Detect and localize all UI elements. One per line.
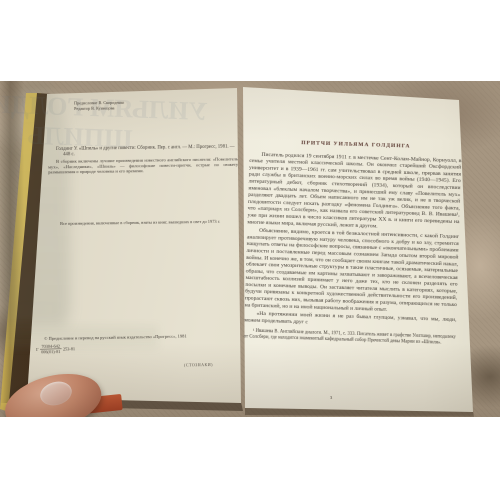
book-photo: УИЛЬЯМ ГОЛДИНГ ШПИЛЬ Предисловие В. Скор…: [0, 81, 500, 417]
catalog-prefix: Г: [36, 347, 39, 352]
letterbox-bottom: [0, 417, 500, 500]
credit-lines: Предисловие В. Скороденко Редактор В. Ку…: [74, 100, 154, 112]
catalog-fraction: 70304-642 006(01)-81: [40, 344, 62, 355]
preface-text-block: ПРИТЧИ УИЛЬЯМА ГОЛДИНГА Писатель родился…: [244, 138, 462, 346]
catalog-code: Г 70304-642 006(01)-81 253-81: [36, 343, 75, 354]
stamp: (СТОЗНАКИ): [184, 362, 213, 367]
catalog-suffix: 253-81: [63, 346, 75, 351]
letterbox-top: [0, 0, 500, 81]
show-through-spire: [0, 81, 70, 326]
annotation: В сборник включены лучшие произведения и…: [48, 156, 238, 175]
credit-line-editor: Редактор В. Кузнецова: [74, 105, 154, 111]
preface-paragraph-2: Объяснение, видимо, кроется в той безжал…: [245, 227, 459, 315]
catalog-denominator: 006(01)-81: [40, 349, 61, 354]
page-number: 3: [330, 395, 332, 400]
preface-paragraph-1: Писатель родился 19 сентября 1911 г. в м…: [247, 151, 461, 232]
